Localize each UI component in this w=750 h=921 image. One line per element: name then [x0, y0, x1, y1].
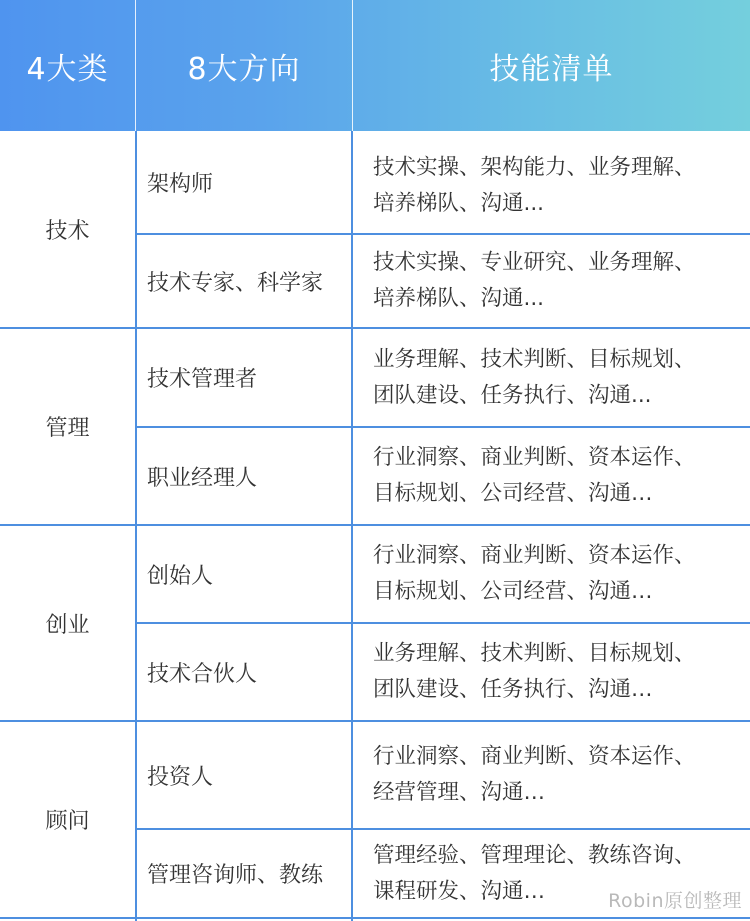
skills-table-body: 技术 架构师 技术实操、架构能力、业务理解、 培养梯队、沟通... 技术专家、科… — [0, 131, 750, 921]
skills-line: 团队建设、任务执行、沟通… — [373, 672, 696, 708]
skills-tech-manager: 业务理解、技术判断、目标规划、 团队建设、任务执行、沟通... — [373, 329, 743, 426]
table-header: 4大类 8大方向 技能清单 — [0, 0, 750, 131]
column-divider — [135, 131, 137, 921]
skills-line: 管理经验、管理理论、教练咨询、 — [373, 838, 696, 874]
skills-line: 业务理解、技术判断、目标规划、 — [373, 342, 696, 378]
direction-tech-expert: 技术专家、科学家 — [147, 235, 352, 327]
direction-tech-manager: 技术管理者 — [147, 329, 352, 426]
skills-line: 技术实操、专业研究、业务理解、 — [373, 245, 696, 281]
skills-line: 行业洞察、商业判断、资本运作、 — [373, 739, 696, 775]
skills-founder: 行业洞察、商业判断、资本运作、 目标规划、公司经营、沟通… — [373, 526, 743, 622]
skills-line: 目标规划、公司经营、沟通… — [373, 574, 696, 610]
skills-line: 行业洞察、商业判断、资本运作、 — [373, 440, 696, 476]
skills-line: 目标规划、公司经营、沟通… — [373, 476, 696, 512]
skills-line: 培养梯队、沟通... — [373, 281, 696, 317]
header-skills: 技能清单 — [353, 0, 750, 131]
skills-line: 业务理解、技术判断、目标规划、 — [373, 636, 696, 672]
watermark: Robin原创整理 — [608, 886, 742, 913]
header-direction: 8大方向 — [136, 0, 352, 131]
category-entrepreneurship: 创业 — [0, 526, 135, 720]
category-management: 管理 — [0, 329, 135, 524]
direction-tech-partner: 技术合伙人 — [147, 624, 352, 720]
skills-investor: 行业洞察、商业判断、资本运作、 经营管理、沟通… — [373, 722, 743, 828]
skills-line: 团队建设、任务执行、沟通... — [373, 378, 696, 414]
skills-line: 技术实操、架构能力、业务理解、 — [373, 150, 696, 186]
skills-line: 培养梯队、沟通... — [373, 186, 696, 222]
direction-consultant-coach: 管理咨询师、教练 — [147, 830, 352, 917]
skills-tech-partner: 业务理解、技术判断、目标规划、 团队建设、任务执行、沟通… — [373, 624, 743, 720]
direction-investor: 投资人 — [147, 722, 352, 828]
direction-professional-manager: 职业经理人 — [147, 428, 352, 524]
skills-tech-expert: 技术实操、专业研究、业务理解、 培养梯队、沟通... — [373, 235, 743, 327]
direction-founder: 创始人 — [147, 526, 352, 622]
category-tech: 技术 — [0, 131, 135, 327]
skills-line: 行业洞察、商业判断、资本运作、 — [373, 538, 696, 574]
table-bottom-border — [0, 917, 750, 919]
skills-architect: 技术实操、架构能力、业务理解、 培养梯队、沟通... — [373, 135, 743, 237]
category-consultant: 顾问 — [0, 722, 135, 917]
skills-line: 经营管理、沟通… — [373, 775, 696, 811]
direction-architect: 架构师 — [147, 131, 352, 233]
skills-professional-manager: 行业洞察、商业判断、资本运作、 目标规划、公司经营、沟通… — [373, 428, 743, 524]
header-category: 4大类 — [0, 0, 135, 131]
